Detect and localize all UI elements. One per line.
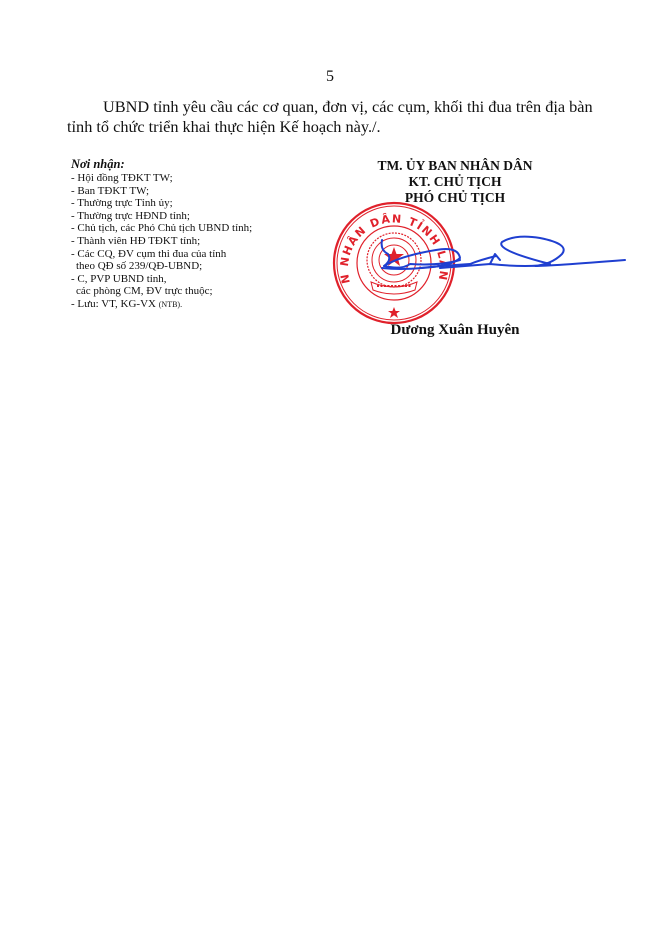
- signature-heading-line-2: KT. CHỦ TỊCH: [355, 174, 555, 190]
- archive-label: - Lưu: VT, KG-VX: [71, 298, 156, 310]
- signature-heading: TM. ỦY BAN NHÂN DÂN KT. CHỦ TỊCH PHÓ CHỦ…: [355, 158, 555, 206]
- recipient-item: - Thường trực Tỉnh ủy;: [71, 197, 252, 210]
- archive-note: (NTB).: [159, 300, 182, 309]
- recipient-item: - Ban TĐKT TW;: [71, 185, 252, 198]
- recipient-item-continuation: các phòng CM, ĐV trực thuộc;: [71, 285, 252, 298]
- recipient-item-continuation: theo QĐ số 239/QĐ-UBND;: [71, 260, 252, 273]
- signer-name: Dương Xuân Huyên: [355, 322, 555, 339]
- recipient-item: - Chủ tịch, các Phó Chủ tịch UBND tỉnh;: [71, 222, 252, 235]
- recipient-item: - Hội đồng TĐKT TW;: [71, 172, 252, 185]
- recipient-item: - Thường trực HĐND tỉnh;: [71, 210, 252, 223]
- recipient-item-archive: - Lưu: VT, KG-VX (NTB).: [71, 298, 252, 312]
- recipient-item: - Các CQ, ĐV cụm thi đua của tỉnh: [71, 248, 252, 261]
- recipients-list: Nơi nhận: - Hội đồng TĐKT TW; - Ban TĐKT…: [71, 158, 252, 312]
- recipients-heading: Nơi nhận:: [71, 158, 252, 171]
- body-paragraph-line-1: UBND tỉnh yêu cầu các cơ quan, đơn vị, c…: [103, 97, 593, 117]
- recipient-item: - C, PVP UBND tỉnh,: [71, 273, 252, 286]
- body-paragraph-line-2: tỉnh tổ chức triển khai thực hiện Kế hoạ…: [67, 117, 381, 137]
- signature-heading-line-1: TM. ỦY BAN NHÂN DÂN: [355, 158, 555, 174]
- recipient-item: - Thành viên HĐ TĐKT tỉnh;: [71, 235, 252, 248]
- handwritten-signature: [340, 220, 640, 290]
- page-number: 5: [0, 68, 660, 86]
